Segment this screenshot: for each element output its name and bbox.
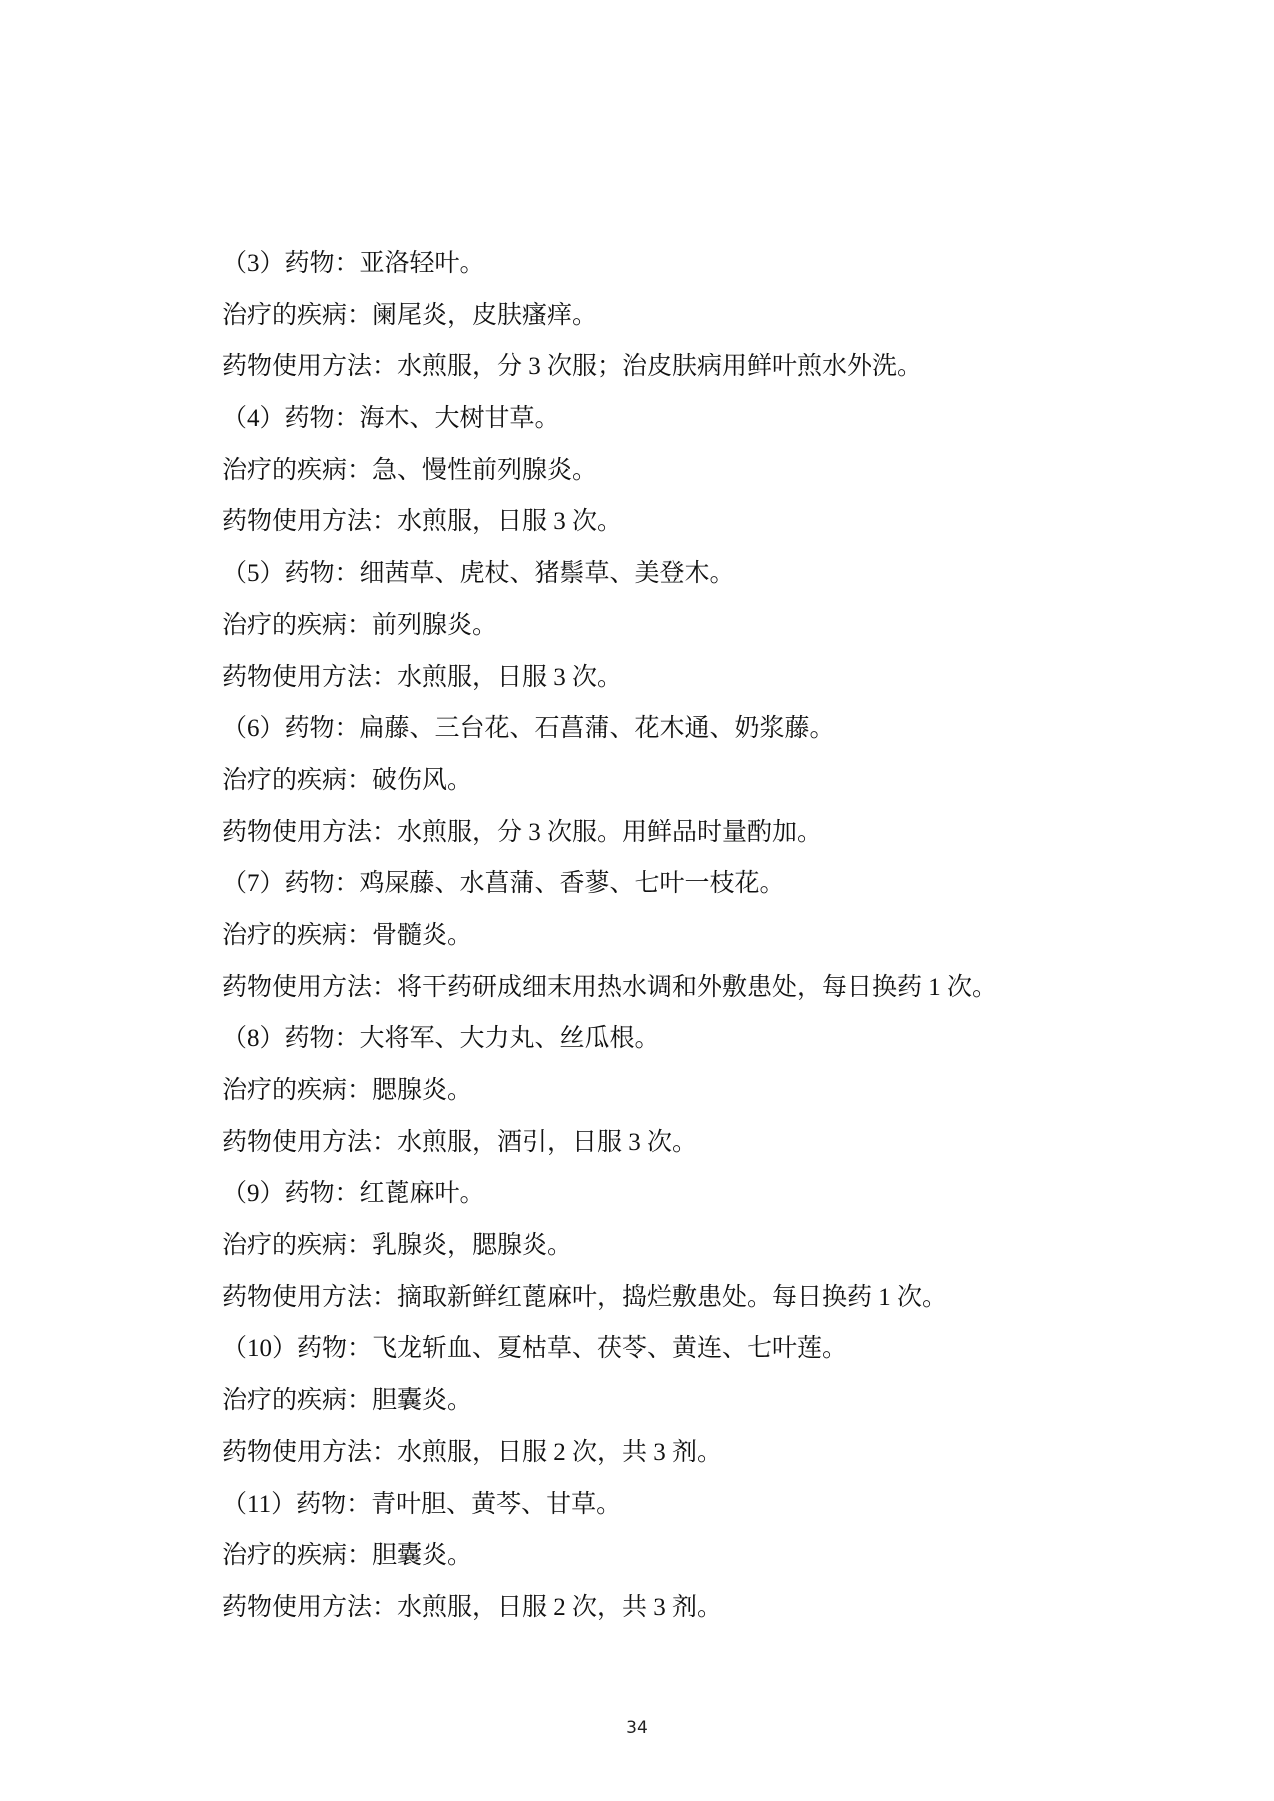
entry-4: （4）药物：海木、大树甘草。 治疗的疾病：急、慢性前列腺炎。 药物使用方法：水煎… <box>222 393 1122 548</box>
page-number: 34 <box>0 1718 1274 1738</box>
entry-8: （8）药物：大将军、大力丸、丝瓜根。 治疗的疾病：腮腺炎。 药物使用方法：水煎服… <box>222 1013 1122 1168</box>
usage-line: 药物使用方法：水煎服，日服 3 次。 <box>222 496 1122 548</box>
entry-3: （3）药物：亚洛轻叶。 治疗的疾病：阑尾炎，皮肤瘙痒。 药物使用方法：水煎服，分… <box>222 238 1122 393</box>
drug-line: （11）药物：青叶胆、黄芩、甘草。 <box>222 1479 1122 1531</box>
entry-6: （6）药物：扁藤、三台花、石菖蒲、花木通、奶浆藤。 治疗的疾病：破伤风。 药物使… <box>222 703 1122 858</box>
drug-line: （9）药物：红蓖麻叶。 <box>222 1168 1122 1220</box>
disease-line: 治疗的疾病：前列腺炎。 <box>222 600 1122 652</box>
entry-9: （9）药物：红蓖麻叶。 治疗的疾病：乳腺炎，腮腺炎。 药物使用方法：摘取新鲜红蓖… <box>222 1168 1122 1323</box>
drug-line: （4）药物：海木、大树甘草。 <box>222 393 1122 445</box>
usage-line: 药物使用方法：水煎服，分 3 次服；治皮肤病用鲜叶煎水外洗。 <box>222 341 1122 393</box>
drug-line: （7）药物：鸡屎藤、水菖蒲、香蓼、七叶一枝花。 <box>222 858 1122 910</box>
usage-line: 药物使用方法：将干药研成细末用热水调和外敷患处，每日换药 1 次。 <box>222 962 1122 1014</box>
drug-line: （5）药物：细茜草、虎杖、猪鬃草、美登木。 <box>222 548 1122 600</box>
usage-line: 药物使用方法：水煎服，日服 2 次，共 3 剂。 <box>222 1427 1122 1479</box>
disease-line: 治疗的疾病：阑尾炎，皮肤瘙痒。 <box>222 290 1122 342</box>
disease-line: 治疗的疾病：急、慢性前列腺炎。 <box>222 445 1122 497</box>
usage-line: 药物使用方法：摘取新鲜红蓖麻叶，捣烂敷患处。每日换药 1 次。 <box>222 1272 1122 1324</box>
entry-11: （11）药物：青叶胆、黄芩、甘草。 治疗的疾病：胆囊炎。 药物使用方法：水煎服，… <box>222 1479 1122 1634</box>
disease-line: 治疗的疾病：胆囊炎。 <box>222 1530 1122 1582</box>
usage-line: 药物使用方法：水煎服，酒引，日服 3 次。 <box>222 1117 1122 1169</box>
entry-10: （10）药物：飞龙斩血、夏枯草、茯苓、黄连、七叶莲。 治疗的疾病：胆囊炎。 药物… <box>222 1323 1122 1478</box>
disease-line: 治疗的疾病：乳腺炎，腮腺炎。 <box>222 1220 1122 1272</box>
drug-line: （6）药物：扁藤、三台花、石菖蒲、花木通、奶浆藤。 <box>222 703 1122 755</box>
disease-line: 治疗的疾病：胆囊炎。 <box>222 1375 1122 1427</box>
drug-line: （10）药物：飞龙斩血、夏枯草、茯苓、黄连、七叶莲。 <box>222 1323 1122 1375</box>
entry-7: （7）药物：鸡屎藤、水菖蒲、香蓼、七叶一枝花。 治疗的疾病：骨髓炎。 药物使用方… <box>222 858 1122 1013</box>
disease-line: 治疗的疾病：腮腺炎。 <box>222 1065 1122 1117</box>
drug-line: （8）药物：大将军、大力丸、丝瓜根。 <box>222 1013 1122 1065</box>
drug-line: （3）药物：亚洛轻叶。 <box>222 238 1122 290</box>
document-body: （3）药物：亚洛轻叶。 治疗的疾病：阑尾炎，皮肤瘙痒。 药物使用方法：水煎服，分… <box>222 238 1122 1634</box>
usage-line: 药物使用方法：水煎服，分 3 次服。用鲜品时量酌加。 <box>222 807 1122 859</box>
entry-5: （5）药物：细茜草、虎杖、猪鬃草、美登木。 治疗的疾病：前列腺炎。 药物使用方法… <box>222 548 1122 703</box>
disease-line: 治疗的疾病：破伤风。 <box>222 755 1122 807</box>
usage-line: 药物使用方法：水煎服，日服 3 次。 <box>222 652 1122 704</box>
disease-line: 治疗的疾病：骨髓炎。 <box>222 910 1122 962</box>
usage-line: 药物使用方法：水煎服，日服 2 次，共 3 剂。 <box>222 1582 1122 1634</box>
